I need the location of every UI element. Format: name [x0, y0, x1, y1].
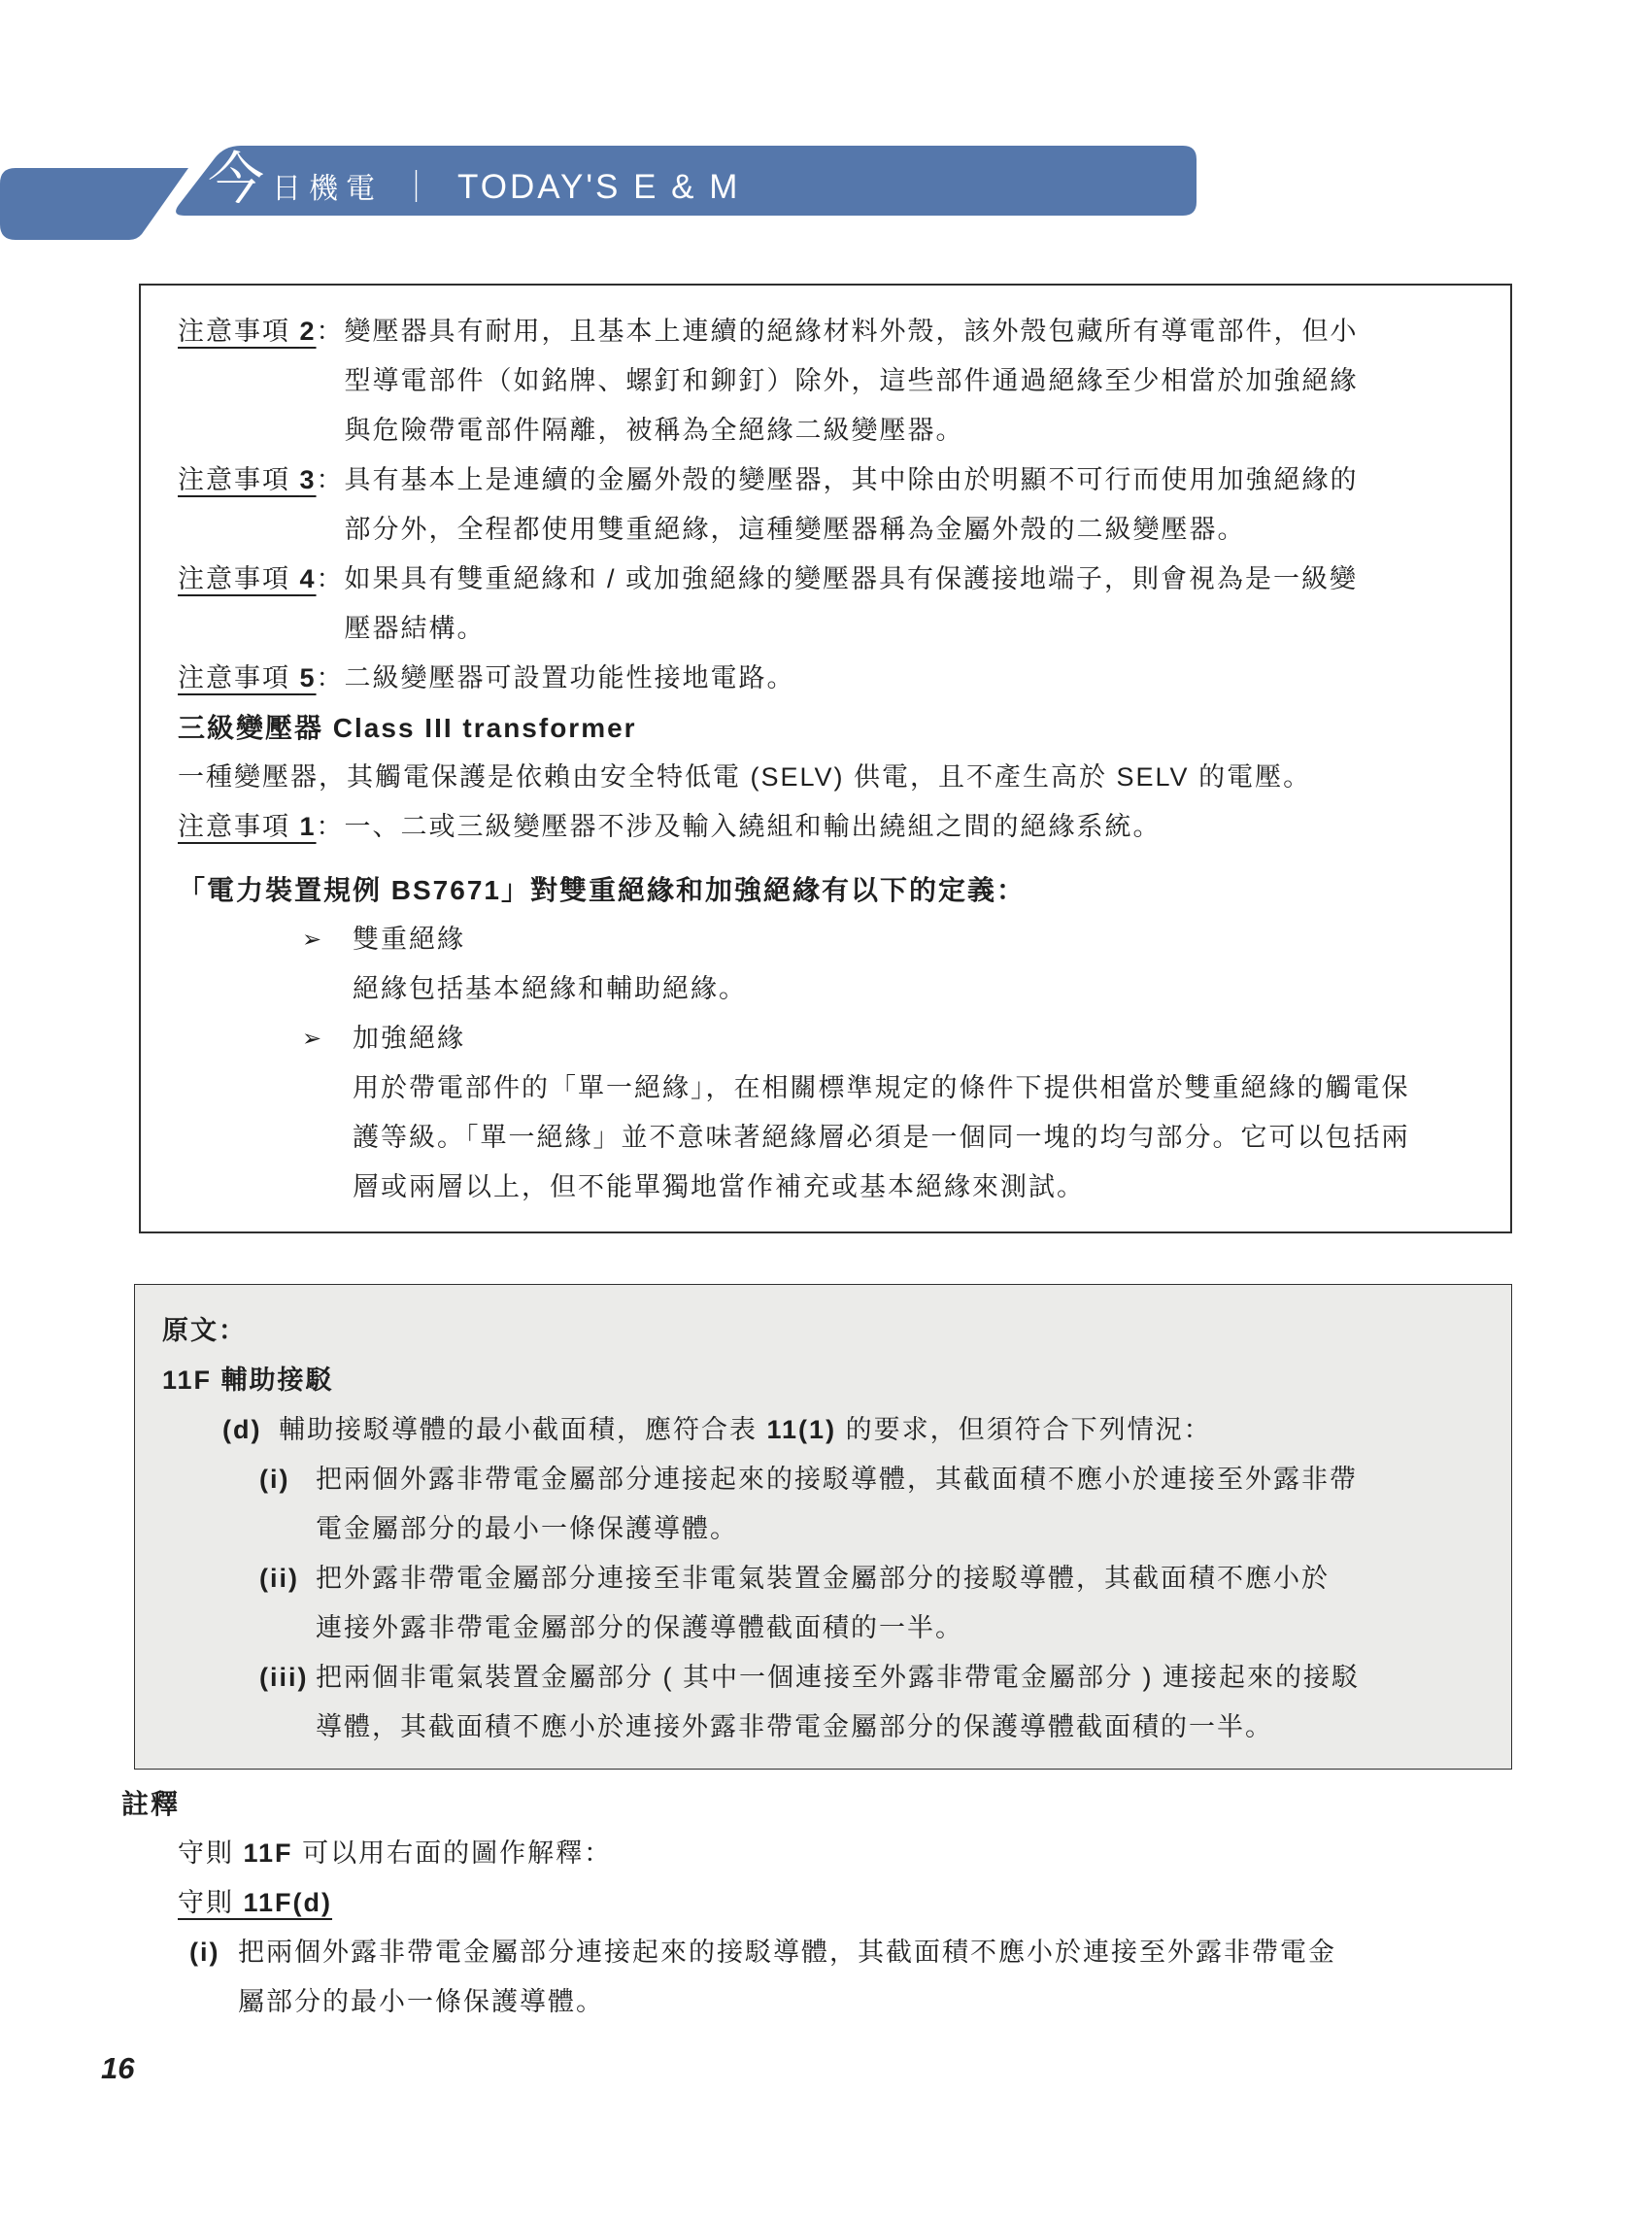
magazine-logo: 今 日機電 ｜ TODAY'S E & M [208, 146, 740, 216]
note-item-5: 注意事項 5： 二級變壓器可設置功能性接地電路。 [178, 654, 1473, 703]
note-label-num: 2 [300, 317, 317, 346]
note-body: 具有基本上是連續的金屬外殼的變壓器，其中除由於明顯不可行而使用加強絕緣的 部分外… [345, 455, 1473, 555]
item-marker: (i) [259, 1455, 316, 1554]
bullet-body: 加強絕緣 用於帶電部件的「單一絕緣」，在相關標準規定的條件下提供相當於雙重絕緣的… [353, 1014, 1473, 1212]
item-marker: (d) [222, 1405, 279, 1455]
note-line: 壓器結構。 [345, 604, 1473, 654]
note-item-2: 注意事項 2： 變壓器具有耐用，且基本上連續的絕緣材料外殼，該外殼包藏所有導電部… [178, 307, 1473, 455]
note-body: 一、二或三級變壓器不涉及輸入繞組和輸出繞組之間的絕緣系統。 [345, 802, 1473, 852]
item-line: 把兩個非電氣裝置金屬部分 ( 其中一個連接至外露非帶電金屬部分 ) 連接起來的接… [316, 1653, 1482, 1703]
note-colon: ： [317, 317, 345, 346]
item-body: 把外露非帶電金屬部分連接至非電氣裝置金屬部分的接駁導體，其截面積不應小於 連接外… [316, 1554, 1482, 1653]
annotation-section: 註釋 守則 11F 可以用右面的圖作解釋： 守則 11F(d) (i) 把兩個外… [121, 1779, 1530, 2027]
bullet-line: 層或兩層以上，但不能單獨地當作補充或基本絕緣來測試。 [353, 1163, 1473, 1212]
class3-heading-cn: 三級變壓器 [178, 713, 323, 743]
item-line: 把兩個外露非帶電金屬部分連接起來的接駁導體，其截面積不應小於連接至外露非帶 [316, 1455, 1482, 1504]
note-label: 注意事項 3： [178, 455, 345, 555]
item-line: 把外露非帶電金屬部分連接至非電氣裝置金屬部分的接駁導體，其截面積不應小於 [316, 1554, 1482, 1603]
bullet-body: 雙重絕緣 絕緣包括基本絕緣和輔助絕緣。 [353, 915, 1473, 1014]
rule-subitem-i: (i) 把兩個外露非帶電金屬部分連接起來的接駁導體，其截面積不應小於連接至外露非… [259, 1455, 1482, 1554]
item-line: 連接外露非帶電金屬部分的保護導體截面積的一半。 [316, 1603, 1482, 1653]
item-marker: (iii) [259, 1653, 316, 1752]
logo-en-text: TODAY'S E & M [457, 168, 740, 207]
bullet-title: 加強絕緣 [353, 1014, 1473, 1063]
original-text-title: 原文： [162, 1306, 1482, 1356]
annotation-item-i: (i) 把兩個外露非帶電金屬部分連接起來的接駁導體，其截面積不應小於連接至外露非… [189, 1928, 1530, 2027]
item-body: 把兩個非電氣裝置金屬部分 ( 其中一個連接至外露非帶電金屬部分 ) 連接起來的接… [316, 1653, 1482, 1752]
class3-heading: 三級變壓器 Class III transformer [178, 703, 1473, 753]
note-label-text: 注意事項 [178, 317, 290, 346]
note-body: 如果具有雙重絕緣和 / 或加強絕緣的變壓器具有保護接地端子，則會視為是一級變 壓… [345, 555, 1473, 654]
item-text: 輔助接駁導體的最小截面積，應符合表 [279, 1415, 767, 1444]
note-line: 一、二或三級變壓器不涉及輸入繞組和輸出繞組之間的絕緣系統。 [345, 802, 1473, 852]
rule-subitem-ii: (ii) 把外露非帶電金屬部分連接至非電氣裝置金屬部分的接駁導體，其截面積不應小… [259, 1554, 1482, 1653]
note-line: 與危險帶電部件隔離，被稱為全絕緣二級變壓器。 [345, 406, 1473, 455]
note-colon: ： [317, 564, 345, 593]
item-text: 的要求，但須符合下列情況： [836, 1415, 1212, 1444]
rule-label-num: 11F(d) [244, 1888, 333, 1917]
note-label-text: 注意事項 [178, 564, 290, 593]
arrowhead-bullet-icon: ➢ [302, 915, 353, 1014]
bullet-reinforced-insulation: ➢ 加強絕緣 用於帶電部件的「單一絕緣」，在相關標準規定的條件下提供相當於雙重絕… [302, 1014, 1473, 1212]
rule-item-d: (d) 輔助接駁導體的最小截面積，應符合表 11(1) 的要求，但須符合下列情況… [222, 1405, 1482, 1455]
class3-heading-en: Class III transformer [333, 713, 637, 743]
logo-separator: ｜ [400, 162, 432, 208]
logo-cn-text: 日機電 [272, 164, 383, 207]
rule-11fd-label: 守則 11F(d) [178, 1878, 1530, 1928]
note-label-num: 5 [300, 663, 317, 692]
bullet-line: 絕緣包括基本絕緣和輔助絕緣。 [353, 964, 1473, 1014]
note-label-text: 注意事項 [178, 465, 290, 494]
note-label-num: 1 [300, 812, 317, 841]
note-label-text: 注意事項 [178, 663, 290, 692]
note-label: 注意事項 1： [178, 802, 345, 852]
bullet-double-insulation: ➢ 雙重絕緣 絕緣包括基本絕緣和輔助絕緣。 [302, 915, 1473, 1014]
note-item-1: 注意事項 1： 一、二或三級變壓器不涉及輸入繞組和輸出繞組之間的絕緣系統。 [178, 802, 1473, 852]
annotation-intro-text: 守則 [178, 1838, 244, 1868]
rule-subitem-iii: (iii) 把兩個非電氣裝置金屬部分 ( 其中一個連接至外露非帶電金屬部分 ) … [259, 1653, 1482, 1752]
arrowhead-bullet-icon: ➢ [302, 1014, 353, 1212]
note-line: 具有基本上是連續的金屬外殼的變壓器，其中除由於明顯不可行而使用加強絕緣的 [345, 455, 1473, 505]
item-marker: (ii) [259, 1554, 316, 1653]
note-label: 注意事項 2： [178, 307, 345, 455]
rule-11f-section-heading: 11F 輔助接駁 [162, 1356, 1482, 1405]
original-text-box: 原文： 11F 輔助接駁 (d) 輔助接駁導體的最小截面積，應符合表 11(1)… [134, 1284, 1512, 1770]
item-body: 輔助接駁導體的最小截面積，應符合表 11(1) 的要求，但須符合下列情況： [279, 1405, 1482, 1455]
note-label: 注意事項 4： [178, 555, 345, 654]
note-line: 變壓器具有耐用，且基本上連續的絕緣材料外殼，該外殼包藏所有導電部件，但小 [345, 307, 1473, 356]
annotation-intro: 守則 11F 可以用右面的圖作解釋： [178, 1829, 1530, 1878]
logo-big-char: 今 [208, 146, 264, 214]
note-line: 如果具有雙重絕緣和 / 或加強絕緣的變壓器具有保護接地端子，則會視為是一級變 [345, 555, 1473, 604]
item-line: 輔助接駁導體的最小截面積，應符合表 11(1) 的要求，但須符合下列情況： [279, 1405, 1482, 1455]
annotation-intro-text: 可以用右面的圖作解釋： [293, 1838, 613, 1868]
note-label: 注意事項 5： [178, 654, 345, 703]
page-number: 16 [101, 2051, 134, 2086]
bullet-line: 用於帶電部件的「單一絕緣」，在相關標準規定的條件下提供相當於雙重絕緣的觸電保 [353, 1063, 1473, 1113]
table-ref: 11(1) [767, 1415, 837, 1444]
note-line: 部分外，全程都使用雙重絕緣，這種變壓器稱為金屬外殼的二級變壓器。 [345, 505, 1473, 555]
magazine-page: 今 日機電 ｜ TODAY'S E & M 注意事項 2： 變壓器具有耐用，且基… [0, 0, 1652, 2226]
item-line: 屬部分的最小一條保護導體。 [238, 1977, 1530, 2027]
note-colon: ： [317, 465, 345, 494]
note-colon: ： [317, 812, 345, 841]
note-body: 變壓器具有耐用，且基本上連續的絕緣材料外殼，該外殼包藏所有導電部件，但小 型導電… [345, 307, 1473, 455]
item-line: 把兩個外露非帶電金屬部分連接起來的接駁導體，其截面積不應小於連接至外露非帶電金 [238, 1928, 1530, 1977]
annotation-heading: 註釋 [121, 1779, 1530, 1829]
item-line: 導體，其截面積不應小於連接外露非帶電金屬部分的保護導體截面積的一半。 [316, 1703, 1482, 1752]
note-label-num: 4 [300, 564, 317, 593]
item-marker: (i) [189, 1928, 238, 2027]
note-body: 二級變壓器可設置功能性接地電路。 [345, 654, 1473, 703]
item-line: 電金屬部分的最小一條保護導體。 [316, 1504, 1482, 1554]
header-left-tab [0, 168, 188, 240]
bullet-title: 雙重絕緣 [353, 915, 1473, 964]
item-body: 把兩個外露非帶電金屬部分連接起來的接駁導體，其截面積不應小於連接至外露非帶 電金… [316, 1455, 1482, 1554]
note-line: 型導電部件（如銘牌、螺釘和鉚釘）除外，這些部件通過絕緣至少相當於加強絕緣 [345, 356, 1473, 406]
note-item-4: 注意事項 4： 如果具有雙重絕緣和 / 或加強絕緣的變壓器具有保護接地端子，則會… [178, 555, 1473, 654]
bs7671-heading: 「電力裝置規例 BS7671」對雙重絕緣和加強絕緣有以下的定義： [178, 865, 1473, 915]
note-label-text: 注意事項 [178, 812, 290, 841]
rule-label-text: 守則 [178, 1888, 244, 1917]
transformer-notes-box: 注意事項 2： 變壓器具有耐用，且基本上連續的絕緣材料外殼，該外殼包藏所有導電部… [139, 284, 1512, 1233]
class3-definition: 一種變壓器，其觸電保護是依賴由安全特低電 (SELV) 供電，且不產生高於 SE… [178, 753, 1473, 802]
note-line: 二級變壓器可設置功能性接地電路。 [345, 654, 1473, 703]
item-body: 把兩個外露非帶電金屬部分連接起來的接駁導體，其截面積不應小於連接至外露非帶電金 … [238, 1928, 1530, 2027]
note-item-3: 注意事項 3： 具有基本上是連續的金屬外殼的變壓器，其中除由於明顯不可行而使用加… [178, 455, 1473, 555]
rule-number: 11F [244, 1838, 293, 1868]
note-colon: ： [317, 663, 345, 692]
note-label-num: 3 [300, 465, 317, 494]
bullet-line: 護等級。「單一絕緣」並不意味著絕緣層必須是一個同一塊的均勻部分。它可以包括兩 [353, 1113, 1473, 1163]
